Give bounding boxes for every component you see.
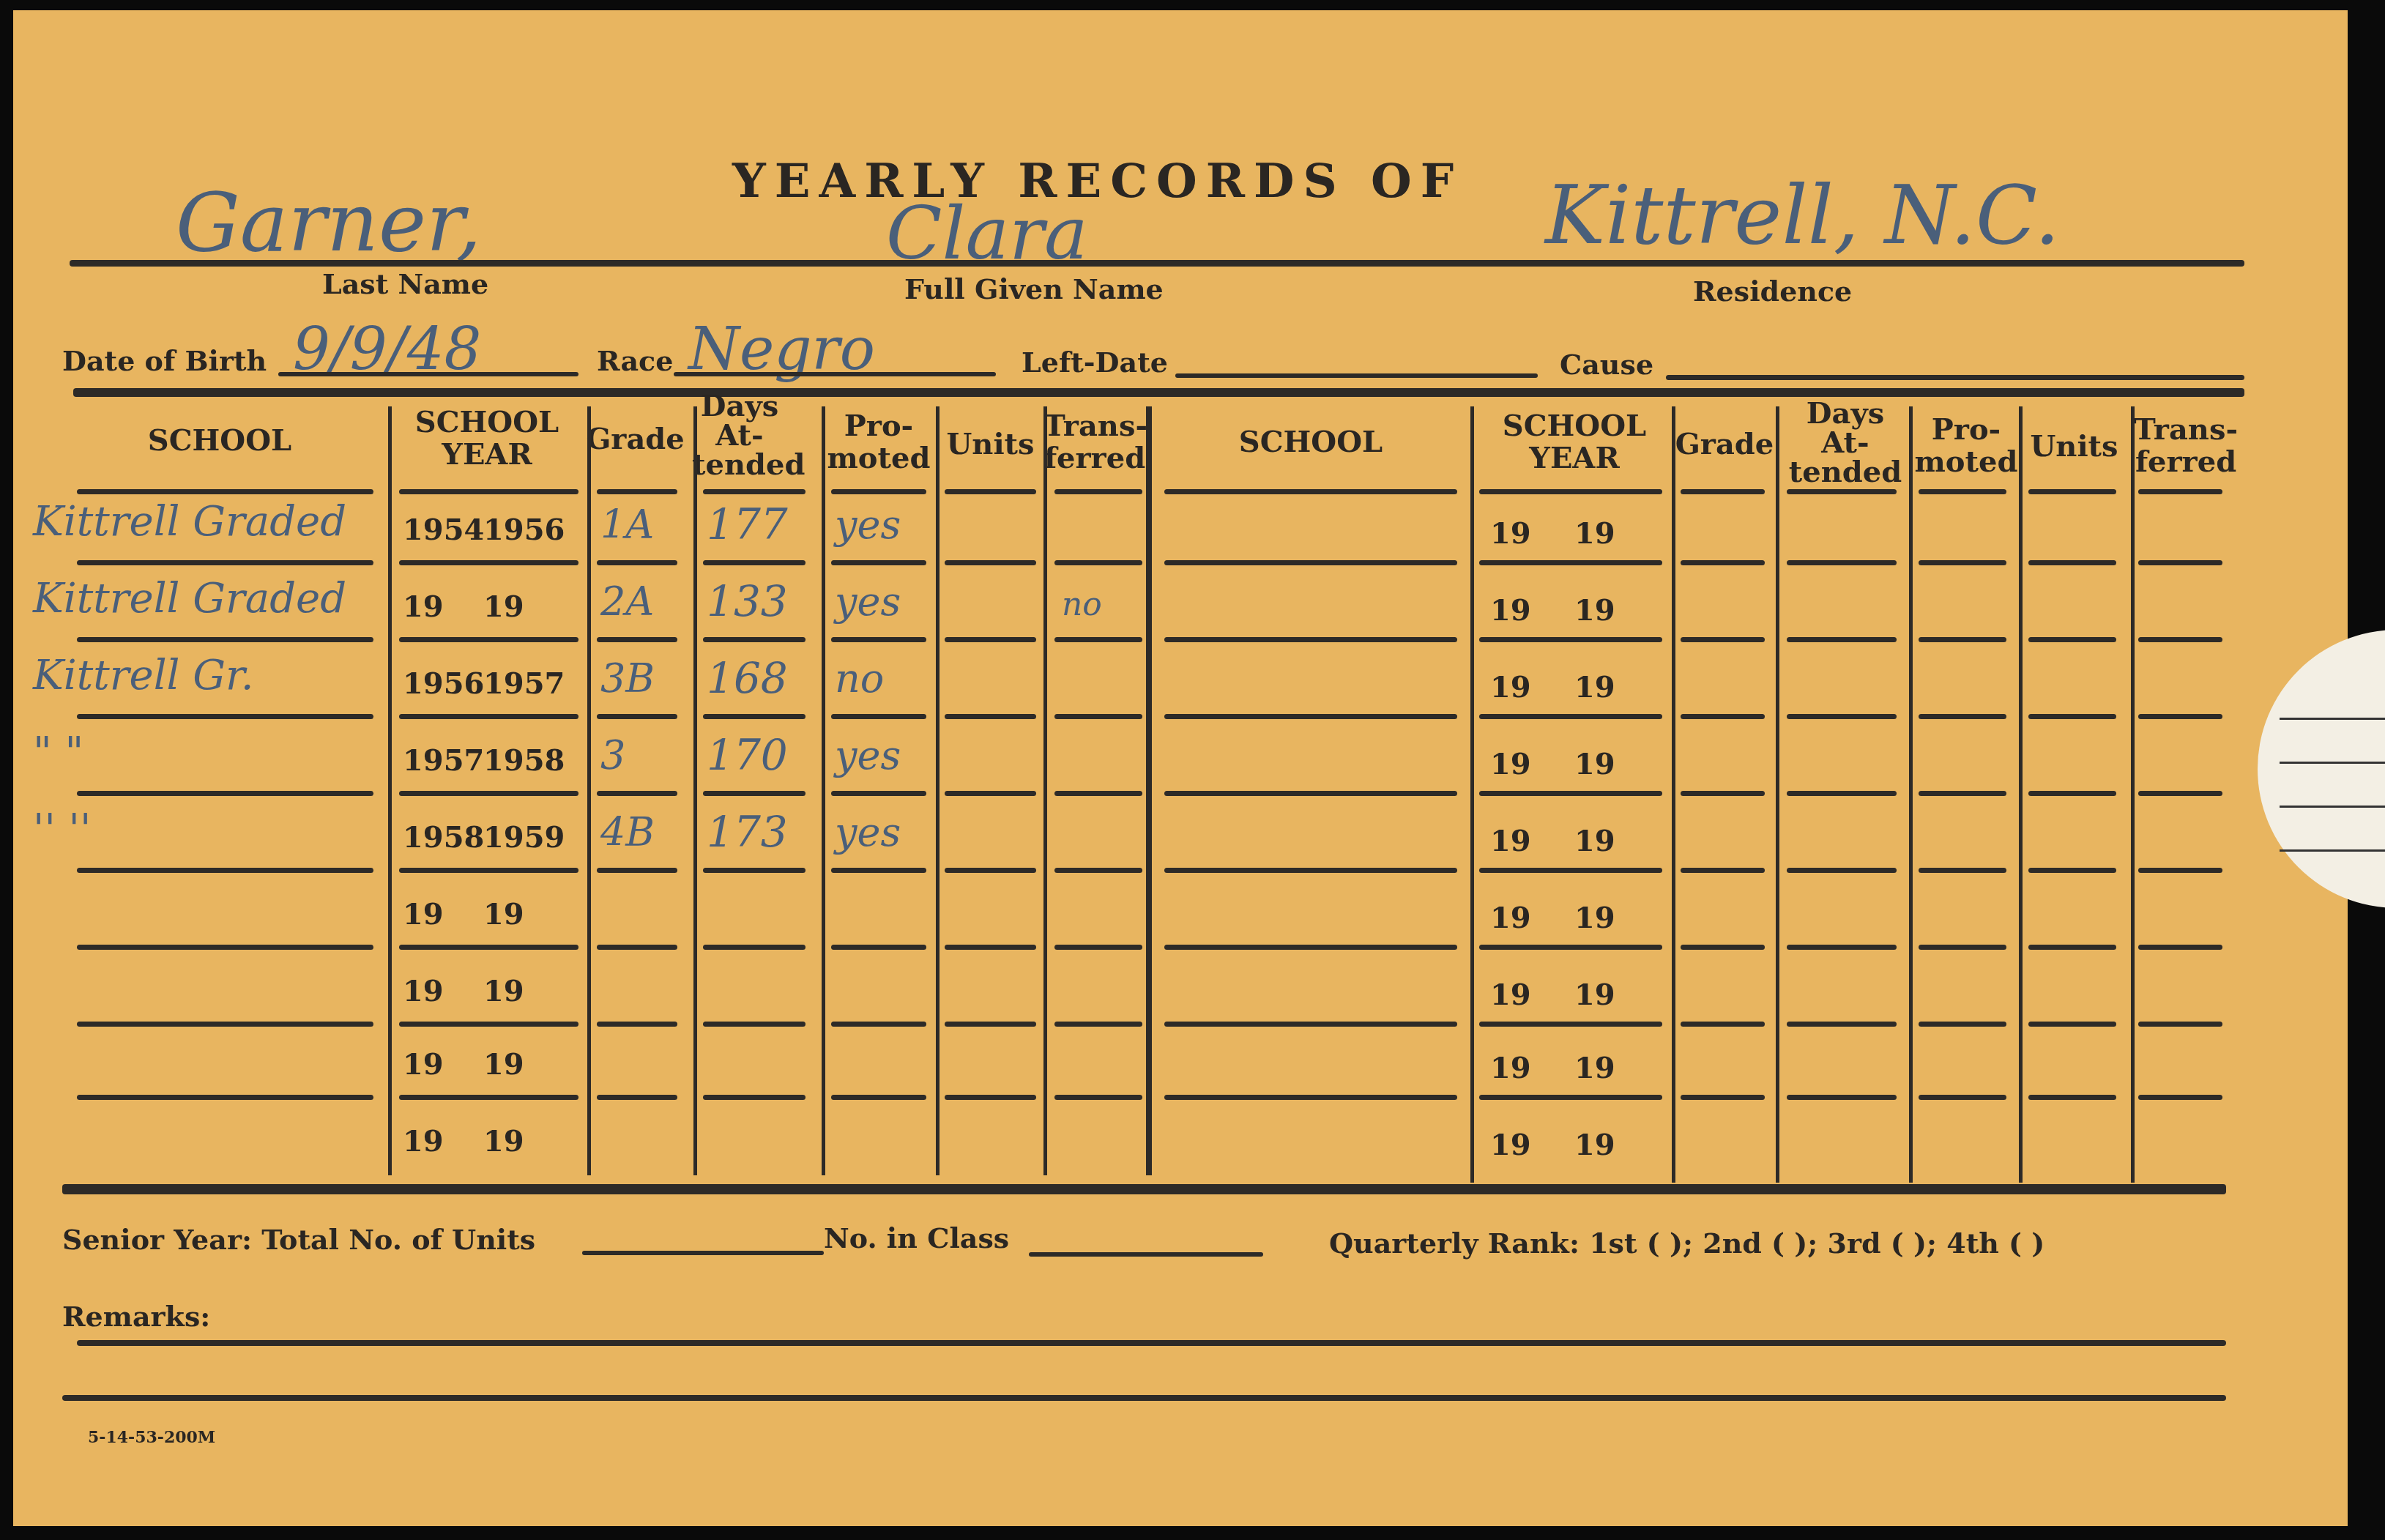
row-underline bbox=[597, 714, 677, 719]
year-to-cell[interactable]: 19 bbox=[483, 1047, 524, 1082]
row-underline bbox=[1919, 1095, 2006, 1100]
row-underline bbox=[945, 1022, 1036, 1027]
remarks-label: Remarks: bbox=[62, 1300, 210, 1333]
race-underline bbox=[674, 372, 996, 376]
row-underline bbox=[1479, 1022, 1662, 1027]
year-to-cell[interactable]: 19 bbox=[1574, 1051, 1615, 1085]
year-from-cell[interactable]: 19 bbox=[403, 974, 444, 1008]
col-school-year-right: SCHOOLYEAR bbox=[1479, 410, 1670, 475]
last-name-label: Last Name bbox=[322, 267, 488, 300]
row-underline bbox=[2028, 714, 2116, 719]
row-underline bbox=[2138, 1095, 2222, 1100]
row-underline bbox=[1681, 489, 1765, 494]
row-underline bbox=[1919, 1022, 2006, 1027]
row-underline bbox=[703, 868, 805, 873]
row-underline bbox=[1787, 1022, 1897, 1027]
promoted-cell[interactable]: yes bbox=[835, 809, 901, 855]
row-underline bbox=[597, 945, 677, 950]
dob-label: Date of Birth bbox=[62, 344, 267, 377]
year-to-cell[interactable]: 19 bbox=[1574, 978, 1615, 1012]
row-underline bbox=[1054, 791, 1142, 796]
row-underline bbox=[399, 1022, 578, 1027]
year-from-cell[interactable]: 19 bbox=[1490, 593, 1531, 628]
row-underline bbox=[831, 560, 926, 565]
row-underline bbox=[597, 1022, 677, 1027]
row-underline bbox=[1479, 1095, 1662, 1100]
grade-cell[interactable]: 3B bbox=[600, 655, 655, 702]
year-from-cell[interactable]: 1957 bbox=[403, 743, 484, 778]
senior-units-label: Senior Year: Total No. of Units bbox=[62, 1223, 535, 1256]
row-underline bbox=[945, 637, 1036, 642]
row-underline bbox=[945, 1095, 1036, 1100]
row-underline bbox=[1681, 714, 1765, 719]
cause-field[interactable] bbox=[1666, 375, 2244, 380]
year-from-cell[interactable]: 19 bbox=[403, 1047, 444, 1082]
row-underline bbox=[1164, 714, 1457, 719]
promoted-cell[interactable]: no bbox=[835, 655, 884, 702]
grade-cell[interactable]: 1A bbox=[600, 502, 654, 548]
year-from-cell[interactable]: 19 bbox=[403, 897, 444, 931]
days-attended-cell[interactable]: 170 bbox=[707, 730, 788, 780]
v-divider bbox=[693, 406, 697, 1175]
year-from-cell[interactable]: 19 bbox=[1490, 747, 1531, 781]
v-divider bbox=[388, 406, 392, 1175]
no-in-class-label: No. in Class bbox=[824, 1221, 1009, 1254]
row-underline bbox=[1919, 560, 2006, 565]
row-underline bbox=[597, 791, 677, 796]
days-attended-cell[interactable]: 168 bbox=[707, 653, 788, 703]
row-underline bbox=[1054, 560, 1142, 565]
row-underline bbox=[2138, 1022, 2222, 1027]
row-underline bbox=[831, 714, 926, 719]
school-cell[interactable]: Kittrell Graded bbox=[33, 498, 346, 546]
year-from-cell[interactable]: 1954 bbox=[403, 513, 484, 547]
row-underline bbox=[77, 1022, 373, 1027]
row-underline bbox=[703, 945, 805, 950]
row-underline bbox=[831, 1095, 926, 1100]
row-underline bbox=[1054, 714, 1142, 719]
row-underline bbox=[831, 868, 926, 873]
senior-units-field[interactable] bbox=[582, 1251, 824, 1255]
v-divider bbox=[2019, 406, 2023, 1183]
row-underline bbox=[1787, 560, 1897, 565]
row-underline bbox=[703, 637, 805, 642]
row-underline bbox=[1681, 791, 1765, 796]
col-promoted-right: Pro-moted bbox=[1911, 414, 2021, 478]
row-underline bbox=[1919, 868, 2006, 873]
form-title: YEARLY RECORDS OF bbox=[732, 154, 1462, 209]
name-underline bbox=[70, 260, 2244, 267]
row-underline bbox=[1681, 637, 1765, 642]
row-underline bbox=[831, 945, 926, 950]
row-underline bbox=[1164, 560, 1457, 565]
row-underline bbox=[77, 489, 373, 494]
header-divider bbox=[73, 388, 2244, 397]
last-name-value: Garner, bbox=[176, 176, 481, 269]
row-underline bbox=[597, 1095, 677, 1100]
row-underline bbox=[1054, 945, 1142, 950]
row-underline bbox=[1681, 868, 1765, 873]
col-school-year: SCHOOLYEAR bbox=[388, 406, 586, 471]
promoted-cell[interactable]: yes bbox=[835, 579, 901, 625]
left-date-field[interactable] bbox=[1175, 373, 1538, 378]
year-to-cell[interactable]: 19 bbox=[483, 974, 524, 1008]
row-underline bbox=[597, 560, 677, 565]
row-underline bbox=[1164, 791, 1457, 796]
row-underline bbox=[2138, 489, 2222, 494]
school-cell[interactable]: Kittrell Graded bbox=[33, 575, 346, 622]
row-underline bbox=[1479, 637, 1662, 642]
left-date-label: Left-Date bbox=[1022, 346, 1168, 379]
col-days-attended: DaysAt-tended bbox=[692, 392, 787, 480]
v-divider bbox=[2131, 406, 2135, 1183]
row-underline bbox=[1681, 560, 1765, 565]
row-underline bbox=[399, 868, 578, 873]
school-cell[interactable]: Kittrell Gr. bbox=[33, 652, 253, 699]
row-underline bbox=[77, 868, 373, 873]
remarks-line-1[interactable] bbox=[77, 1340, 2226, 1346]
row-underline bbox=[945, 560, 1036, 565]
promoted-cell[interactable]: yes bbox=[835, 732, 901, 778]
school-cell[interactable]: '' '' bbox=[33, 806, 91, 853]
row-underline bbox=[1787, 489, 1897, 494]
row-underline bbox=[77, 945, 373, 950]
row-underline bbox=[597, 637, 677, 642]
col-transferred: Trans-ferred bbox=[1043, 410, 1146, 475]
row-underline bbox=[831, 1022, 926, 1027]
row-underline bbox=[399, 945, 578, 950]
grade-cell[interactable]: 4B bbox=[600, 809, 655, 855]
row-underline bbox=[399, 791, 578, 796]
days-attended-cell[interactable]: 133 bbox=[707, 576, 788, 626]
row-underline bbox=[945, 714, 1036, 719]
year-to-cell[interactable]: 1958 bbox=[483, 743, 565, 778]
row-underline bbox=[703, 1095, 805, 1100]
col-units-right: Units bbox=[2021, 431, 2127, 463]
year-to-cell[interactable]: 19 bbox=[1574, 1128, 1615, 1162]
remarks-line-2[interactable] bbox=[62, 1395, 2226, 1401]
col-grade-right: Grade bbox=[1673, 428, 1776, 461]
year-to-cell[interactable]: 19 bbox=[1574, 593, 1615, 628]
row-underline bbox=[1054, 489, 1142, 494]
v-divider bbox=[1043, 406, 1047, 1175]
row-underline bbox=[1787, 637, 1897, 642]
year-from-cell[interactable]: 19 bbox=[1490, 516, 1531, 551]
row-underline bbox=[77, 637, 373, 642]
year-from-cell[interactable]: 19 bbox=[1490, 824, 1531, 858]
col-promoted: Pro-moted bbox=[824, 410, 934, 475]
year-to-cell[interactable]: 19 bbox=[1574, 747, 1615, 781]
form-code: 5-14-53-200M bbox=[88, 1428, 215, 1447]
row-underline bbox=[399, 489, 578, 494]
dob-underline bbox=[278, 372, 578, 376]
row-underline bbox=[1681, 945, 1765, 950]
grade-cell[interactable]: 3 bbox=[600, 732, 625, 778]
row-underline bbox=[945, 868, 1036, 873]
transferred-cell[interactable]: no bbox=[1062, 586, 1102, 623]
year-to-cell[interactable]: 1957 bbox=[483, 666, 565, 701]
school-cell[interactable]: " " bbox=[33, 729, 83, 776]
row-underline bbox=[1919, 489, 2006, 494]
row-underline bbox=[2028, 868, 2116, 873]
year-from-cell[interactable]: 19 bbox=[1490, 901, 1531, 935]
row-underline bbox=[1919, 637, 2006, 642]
row-underline bbox=[1787, 714, 1897, 719]
row-underline bbox=[77, 714, 373, 719]
year-to-cell[interactable]: 19 bbox=[483, 897, 524, 931]
col-transferred-right: Trans-ferred bbox=[2131, 414, 2241, 478]
row-underline bbox=[1164, 1095, 1457, 1100]
year-to-cell[interactable]: 19 bbox=[1574, 824, 1615, 858]
year-from-cell[interactable]: 19 bbox=[1490, 1051, 1531, 1085]
row-underline bbox=[1054, 637, 1142, 642]
row-underline bbox=[1164, 945, 1457, 950]
v-divider bbox=[1672, 406, 1675, 1183]
col-days-attended-right: DaysAt-tended bbox=[1779, 399, 1911, 487]
year-to-cell[interactable]: 19 bbox=[1574, 901, 1615, 935]
row-underline bbox=[1681, 1095, 1765, 1100]
year-from-cell[interactable]: 1958 bbox=[403, 820, 484, 855]
year-from-cell[interactable]: 19 bbox=[1490, 670, 1531, 704]
v-divider bbox=[822, 406, 825, 1175]
row-underline bbox=[1787, 868, 1897, 873]
row-underline bbox=[1919, 791, 2006, 796]
row-underline bbox=[597, 489, 677, 494]
row-underline bbox=[597, 868, 677, 873]
row-underline bbox=[2028, 637, 2116, 642]
row-underline bbox=[1479, 868, 1662, 873]
row-underline bbox=[1164, 637, 1457, 642]
col-school-right: SCHOOL bbox=[1183, 426, 1439, 458]
row-underline bbox=[1479, 560, 1662, 565]
table-bottom-rule bbox=[62, 1184, 2226, 1194]
row-underline bbox=[831, 489, 926, 494]
row-underline bbox=[1164, 1022, 1457, 1027]
v-divider bbox=[587, 406, 591, 1175]
row-underline bbox=[945, 489, 1036, 494]
v-divider bbox=[1776, 406, 1779, 1183]
row-underline bbox=[2028, 489, 2116, 494]
row-underline bbox=[2028, 560, 2116, 565]
v-divider bbox=[936, 406, 940, 1175]
row-underline bbox=[945, 945, 1036, 950]
row-underline bbox=[2028, 1022, 2116, 1027]
quarterly-rank-label: Quarterly Rank: 1st ( ); 2nd ( ); 3rd ( … bbox=[1329, 1227, 2044, 1260]
v-divider-center bbox=[1146, 406, 1152, 1175]
row-underline bbox=[831, 637, 926, 642]
row-underline bbox=[1919, 945, 2006, 950]
row-underline bbox=[399, 714, 578, 719]
year-to-cell[interactable]: 19 bbox=[1574, 670, 1615, 704]
days-attended-cell[interactable]: 177 bbox=[707, 499, 788, 549]
row-underline bbox=[399, 1095, 578, 1100]
row-underline bbox=[2138, 868, 2222, 873]
year-from-cell[interactable]: 1956 bbox=[403, 666, 484, 701]
year-from-cell[interactable]: 19 bbox=[403, 589, 444, 624]
row-underline bbox=[77, 1095, 373, 1100]
col-grade: Grade bbox=[586, 423, 685, 455]
grade-cell[interactable]: 2A bbox=[600, 579, 654, 625]
row-underline bbox=[1787, 791, 1897, 796]
row-underline bbox=[1919, 714, 2006, 719]
no-in-class-field[interactable] bbox=[1029, 1252, 1263, 1257]
row-underline bbox=[77, 560, 373, 565]
promoted-cell[interactable]: yes bbox=[835, 502, 901, 548]
row-underline bbox=[1479, 714, 1662, 719]
row-underline bbox=[2138, 714, 2222, 719]
row-underline bbox=[703, 489, 805, 494]
year-to-cell[interactable]: 19 bbox=[483, 1124, 524, 1158]
row-underline bbox=[831, 791, 926, 796]
cause-label: Cause bbox=[1560, 348, 1653, 381]
row-underline bbox=[399, 637, 578, 642]
residence-label: Residence bbox=[1693, 275, 1852, 308]
row-underline bbox=[945, 791, 1036, 796]
row-underline bbox=[1054, 868, 1142, 873]
row-underline bbox=[1164, 868, 1457, 873]
year-to-cell[interactable]: 1959 bbox=[483, 820, 565, 855]
row-underline bbox=[1054, 1022, 1142, 1027]
row-underline bbox=[2028, 945, 2116, 950]
residence-value: Kittrell, N.C. bbox=[1545, 168, 2060, 262]
row-underline bbox=[1479, 489, 1662, 494]
row-underline bbox=[1681, 1022, 1765, 1027]
row-underline bbox=[2138, 637, 2222, 642]
row-underline bbox=[2138, 560, 2222, 565]
race-label: Race bbox=[597, 344, 673, 377]
row-underline bbox=[1054, 1095, 1142, 1100]
col-units: Units bbox=[941, 428, 1040, 461]
row-underline bbox=[703, 714, 805, 719]
row-underline bbox=[2028, 791, 2116, 796]
year-to-cell[interactable]: 1956 bbox=[483, 513, 565, 547]
row-underline bbox=[1787, 1095, 1897, 1100]
v-divider bbox=[1909, 406, 1913, 1183]
row-underline bbox=[703, 560, 805, 565]
year-from-cell[interactable]: 19 bbox=[1490, 1128, 1531, 1162]
row-underline bbox=[1164, 489, 1457, 494]
given-name-label: Full Given Name bbox=[904, 272, 1164, 305]
row-underline bbox=[703, 1022, 805, 1027]
row-underline bbox=[2028, 1095, 2116, 1100]
year-from-cell[interactable]: 19 bbox=[1490, 978, 1531, 1012]
row-underline bbox=[1787, 945, 1897, 950]
row-underline bbox=[703, 791, 805, 796]
year-to-cell[interactable]: 19 bbox=[483, 589, 524, 624]
row-underline bbox=[2138, 791, 2222, 796]
year-from-cell[interactable]: 19 bbox=[403, 1124, 444, 1158]
row-underline bbox=[399, 560, 578, 565]
row-underline bbox=[1479, 791, 1662, 796]
year-to-cell[interactable]: 19 bbox=[1574, 516, 1615, 551]
row-underline bbox=[77, 791, 373, 796]
col-school: SCHOOL bbox=[81, 425, 359, 457]
row-underline bbox=[2138, 945, 2222, 950]
row-underline bbox=[1479, 945, 1662, 950]
days-attended-cell[interactable]: 173 bbox=[707, 807, 788, 857]
v-divider bbox=[1470, 406, 1474, 1183]
